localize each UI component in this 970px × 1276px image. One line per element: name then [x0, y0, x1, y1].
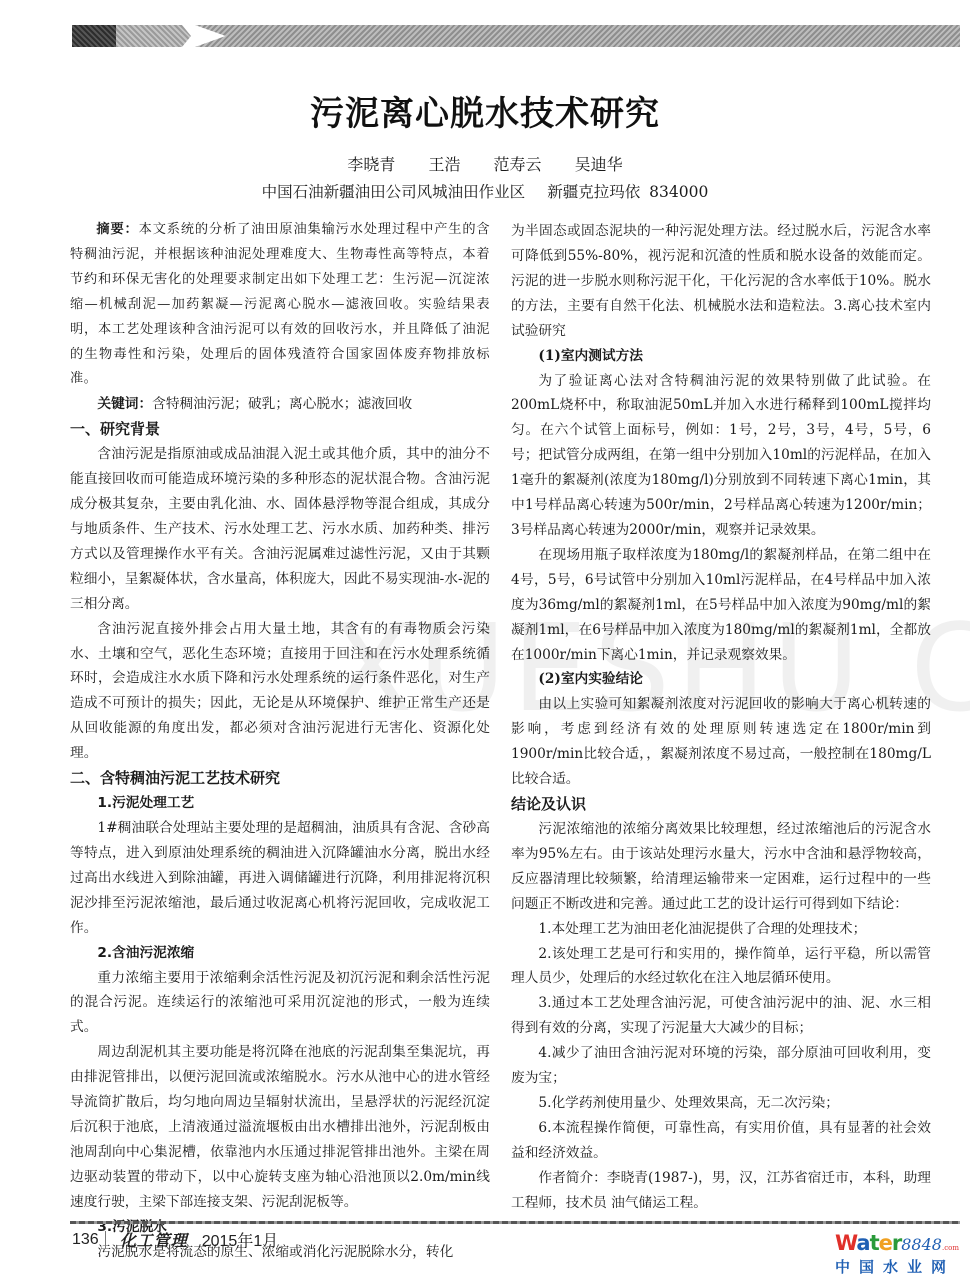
- logo-letter: r: [892, 1231, 901, 1255]
- paragraph: 含油污泥直接外排会占用大量土地，其含有的有毒物质会污染水、土壤和空气，恶化生态环…: [70, 617, 490, 766]
- author: 吴迪华: [575, 155, 623, 174]
- conclusion-item: 2.该处理工艺是可行和实用的，操作简单，运行平稳，所以需管理人员少，处理后的水经…: [511, 942, 931, 992]
- author-list: 李晓青 王浩 范寿云 吴迪华: [0, 152, 970, 175]
- author: 李晓青: [347, 155, 395, 174]
- conclusion-item: 3.通过本工艺处理含油污泥，可使含油污泥中的油、泥、水三相得到有效的分离，实现了…: [511, 991, 931, 1041]
- logo-letter: a: [856, 1231, 869, 1255]
- issue-date: 2015年1月: [202, 1228, 279, 1251]
- page-footer: 136 化工管理 2015年1月: [72, 1228, 278, 1251]
- paragraph: 为了验证离心法对含特稠油污泥的效果特别做了此试验。在200mL烧杯中，称取油泥5…: [511, 369, 931, 543]
- logo-letter: W: [835, 1231, 856, 1255]
- conclusion-item: 1.本处理工艺为油田老化油泥提供了合理的处理技术；: [511, 917, 931, 942]
- footer-divider: [70, 1221, 960, 1224]
- paragraph: 重力浓缩主要用于浓缩剩余活性污泥及初沉污泥和剩余活性污泥的混合污泥。连续运行的浓…: [70, 966, 490, 1041]
- author: 王浩: [428, 155, 460, 174]
- journal-name: 化工管理: [120, 1228, 188, 1251]
- paragraph: 1#稠油联合处理站主要处理的是超稠油，油质具有含泥、含砂高等特点，进入到原油处理…: [70, 816, 490, 941]
- abstract-label: 摘要：: [96, 222, 138, 237]
- logo-letter: t: [870, 1231, 879, 1255]
- logo-com: .com: [942, 1244, 959, 1252]
- affiliation-location: 新疆克拉玛依: [547, 183, 640, 201]
- paragraph: 在现场用瓶子取样浓度为180mg/l的絮凝剂样品，在第二组中在4号，5号，6号试…: [511, 543, 931, 668]
- abstract: 摘要：本文系统的分析了油田原油集输污水处理过程中产生的含特稠油污泥，并根据该种油…: [70, 218, 490, 392]
- paragraph-continued: 为半固态或固态泥块的一种污泥处理方法。经过脱水后，污泥含水率可降低到55%-80…: [511, 219, 931, 344]
- header-bar-fill: [195, 25, 960, 47]
- water8848-logo[interactable]: Water8848.com 中国水业网: [835, 1231, 965, 1276]
- keywords-label: 关键词：: [97, 396, 152, 412]
- conclusion-item: 4.减少了油田含油污泥对环境的污染，部分原油可回收利用，变废为宝；: [511, 1041, 931, 1091]
- subsection-heading: 1.污泥处理工艺: [70, 791, 490, 816]
- subsection-heading: 2.含油污泥浓缩: [70, 941, 490, 966]
- article-title: 污泥离心脱水技术研究: [0, 86, 970, 135]
- section-heading: 二、含特稠油污泥工艺技术研究: [70, 766, 490, 791]
- section-heading: 结论及认识: [511, 792, 931, 817]
- abstract-text: 本文系统的分析了油田原油集输污水处理过程中产生的含特稠油污泥，并根据该种油泥处理…: [70, 222, 490, 386]
- section-tag: [72, 25, 116, 47]
- right-column: 为半固态或固态泥块的一种污泥处理方法。经过脱水后，污泥含水率可降低到55%-80…: [511, 219, 931, 1216]
- subsection-heading: (1)室内测试方法: [511, 344, 931, 369]
- conclusion-item: 6.本流程操作简便，可靠性高，有实用价值，具有显著的社会效益和经济效益。: [511, 1116, 931, 1166]
- paragraph: 周边刮泥机其主要功能是将沉降在池底的污泥刮集至集泥坑，再由排泥管排出，以便污泥回…: [70, 1040, 490, 1214]
- paragraph: 含油污泥是指原油或成品油混入泥土或其他介质，其中的油分不能直接回收而可能造成环境…: [70, 442, 490, 616]
- author: 范寿云: [494, 155, 542, 174]
- keywords: 关键词：含特稠油污泥；破乳；离心脱水；滤液回收: [70, 392, 490, 417]
- affiliation: 中国石油新疆油田公司风城油田作业区新疆克拉玛依 834000: [0, 180, 970, 202]
- paragraph: 污泥浓缩池的浓缩分离效果比较理想，经过浓缩池后的污泥含水率为95%左右。由于该站…: [511, 817, 931, 917]
- affiliation-postcode: 834000: [649, 183, 708, 201]
- keywords-text: 含特稠油污泥；破乳；离心脱水；滤液回收: [152, 396, 412, 412]
- subsection-heading: (2)室内实验结论: [511, 667, 931, 692]
- left-column: 摘要：本文系统的分析了油田原油集输污水处理过程中产生的含特稠油污泥，并根据该种油…: [70, 218, 490, 1265]
- journal-header-bar: [72, 25, 960, 47]
- author-bio: 作者简介：李晓青(1987-)，男，汉，江苏省宿迁市，本科，助理工程师，技术员 …: [511, 1166, 931, 1216]
- logo-chinese-name: 中国水业网: [835, 1256, 965, 1276]
- logo-number: 8848: [901, 1235, 942, 1254]
- page-number: 136: [72, 1231, 106, 1249]
- header-arrow-segment: [116, 25, 191, 47]
- affiliation-org: 中国石油新疆油田公司风城油田作业区: [262, 183, 526, 201]
- logo-letter: e: [879, 1231, 892, 1255]
- paragraph: 由以上实验可知絮凝剂浓度对污泥回收的影响大于离心机转速的影响，考虑到经济有效的处…: [511, 692, 931, 792]
- conclusion-item: 5.化学药剂使用量少、处理效果高，无二次污染；: [511, 1091, 931, 1116]
- section-heading: 一、研究背景: [70, 417, 490, 442]
